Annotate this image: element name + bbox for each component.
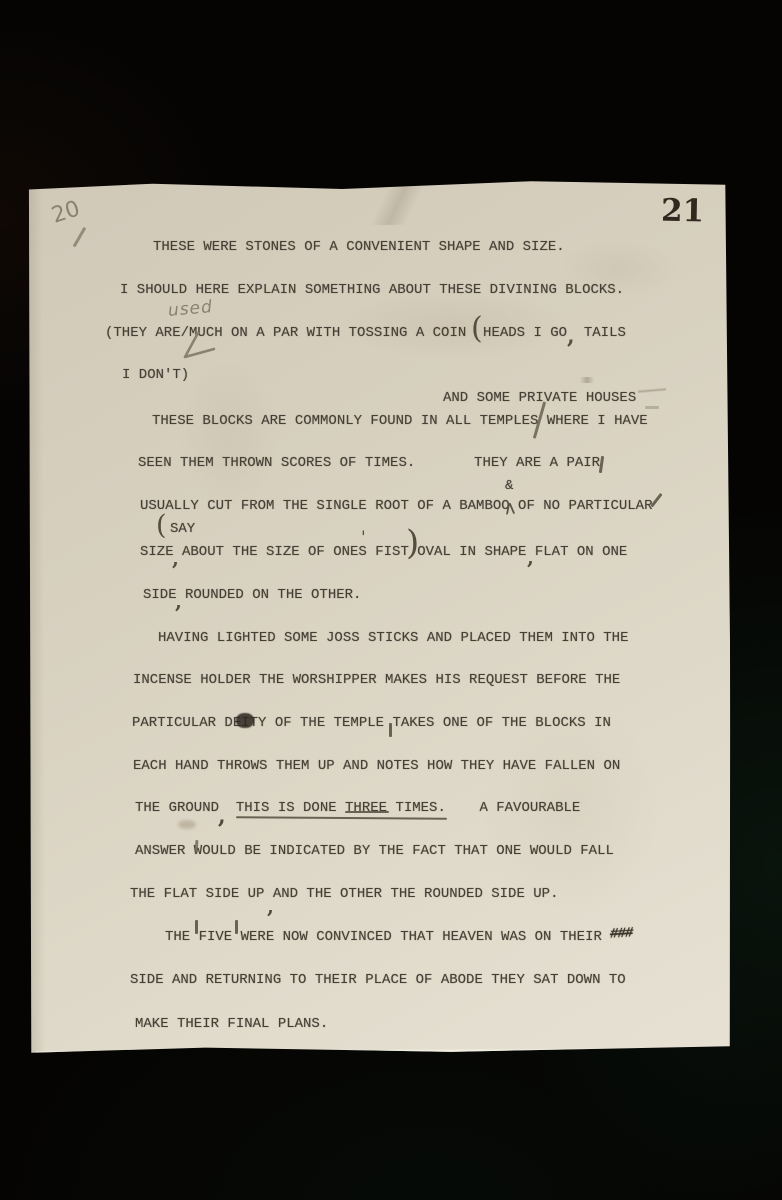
typed-line: SIDE AND RETURNING TO THEIR PLACE OF ABO… xyxy=(130,971,626,989)
handwritten-close-paren: ) xyxy=(406,526,419,560)
handwritten-caret: ∧ xyxy=(502,498,518,518)
paper-smudge xyxy=(178,820,196,829)
typed-line: THE FLAT SIDE UP AND THE OTHER THE ROUND… xyxy=(130,885,558,903)
typed-line: MAKE THEIR FINAL PLANS. xyxy=(135,1015,328,1033)
typed-line: USUALLY CUT FROM THE SINGLE ROOT OF A BA… xyxy=(140,497,652,515)
photo-of-typescript-page: 20 21 THESE WERE STONES OF A CONVENIENT … xyxy=(0,0,782,1200)
handwritten-comma: , xyxy=(527,547,534,567)
handwritten-open-paren: ( xyxy=(156,512,167,539)
typed-line: PARTICULAR DEITY OF THE TEMPLE TAKES ONE… xyxy=(132,714,611,732)
paper-bottom-edge-highlight xyxy=(36,1048,724,1054)
typed-insertion-line: AND SOME PRIVATE HOUSES xyxy=(443,389,636,407)
typed-line: HAVING LIGHTED SOME JOSS STICKS AND PLAC… xyxy=(158,629,628,647)
paper-edge-shadow xyxy=(26,182,46,1054)
typed-line: SEEN THEM THROWN SCORES OF TIMES. THEY A… xyxy=(138,454,600,472)
struck-out-word: ### xyxy=(609,925,633,942)
typed-ampersand-insertion: & xyxy=(505,477,513,495)
typed-line: THE GROUND THIS IS DONE THREE TIMES. A F… xyxy=(135,799,580,817)
pencil-caret-mark xyxy=(178,330,218,362)
handwritten-open-paren: ( xyxy=(471,314,483,344)
paper-stain xyxy=(179,360,280,510)
handwritten-comma: , xyxy=(175,591,182,611)
ink-page-number: 21 xyxy=(661,196,705,228)
typed-line: ANSWER WOULD BE INDICATED BY THE FACT TH… xyxy=(135,842,614,860)
typed-line: THESE WERE STONES OF A CONVENIENT SHAPE … xyxy=(153,238,565,256)
typed-line: THESE BLOCKS ARE COMMONLY FOUND IN ALL T… xyxy=(152,412,648,430)
handwritten-comma: , xyxy=(172,548,179,568)
handwritten-comma: , xyxy=(567,325,575,347)
handwritten-comma-tick xyxy=(389,723,392,737)
typed-line: I DON'T) xyxy=(122,366,189,384)
insertion-tick xyxy=(235,920,238,934)
typed-say-insertion: SAY xyxy=(170,520,195,538)
handwritten-comma: , xyxy=(218,805,226,827)
handwritten-apostrophe: ' xyxy=(361,530,366,547)
paper-sheet xyxy=(26,179,732,1054)
insertion-tick xyxy=(195,920,198,934)
typed-line: THE FIVE WERE NOW CONVINCED THAT HEAVEN … xyxy=(165,928,602,946)
paper-crease xyxy=(298,180,498,225)
typed-line: SIZE ABOUT THE SIZE OF ONES FIST OVAL IN… xyxy=(140,543,627,561)
underline-three xyxy=(345,811,389,813)
handwritten-word-used: used xyxy=(167,299,213,320)
typed-line: EACH HAND THROWS THEM UP AND NOTES HOW T… xyxy=(133,757,620,775)
overtyped-ink-blot xyxy=(236,713,254,728)
handwritten-comma: , xyxy=(267,896,274,916)
typed-line: I SHOULD HERE EXPLAIN SOMETHING ABOUT TH… xyxy=(120,281,624,299)
typed-line: INCENSE HOLDER THE WORSHIPPER MAKES HIS … xyxy=(133,671,620,689)
